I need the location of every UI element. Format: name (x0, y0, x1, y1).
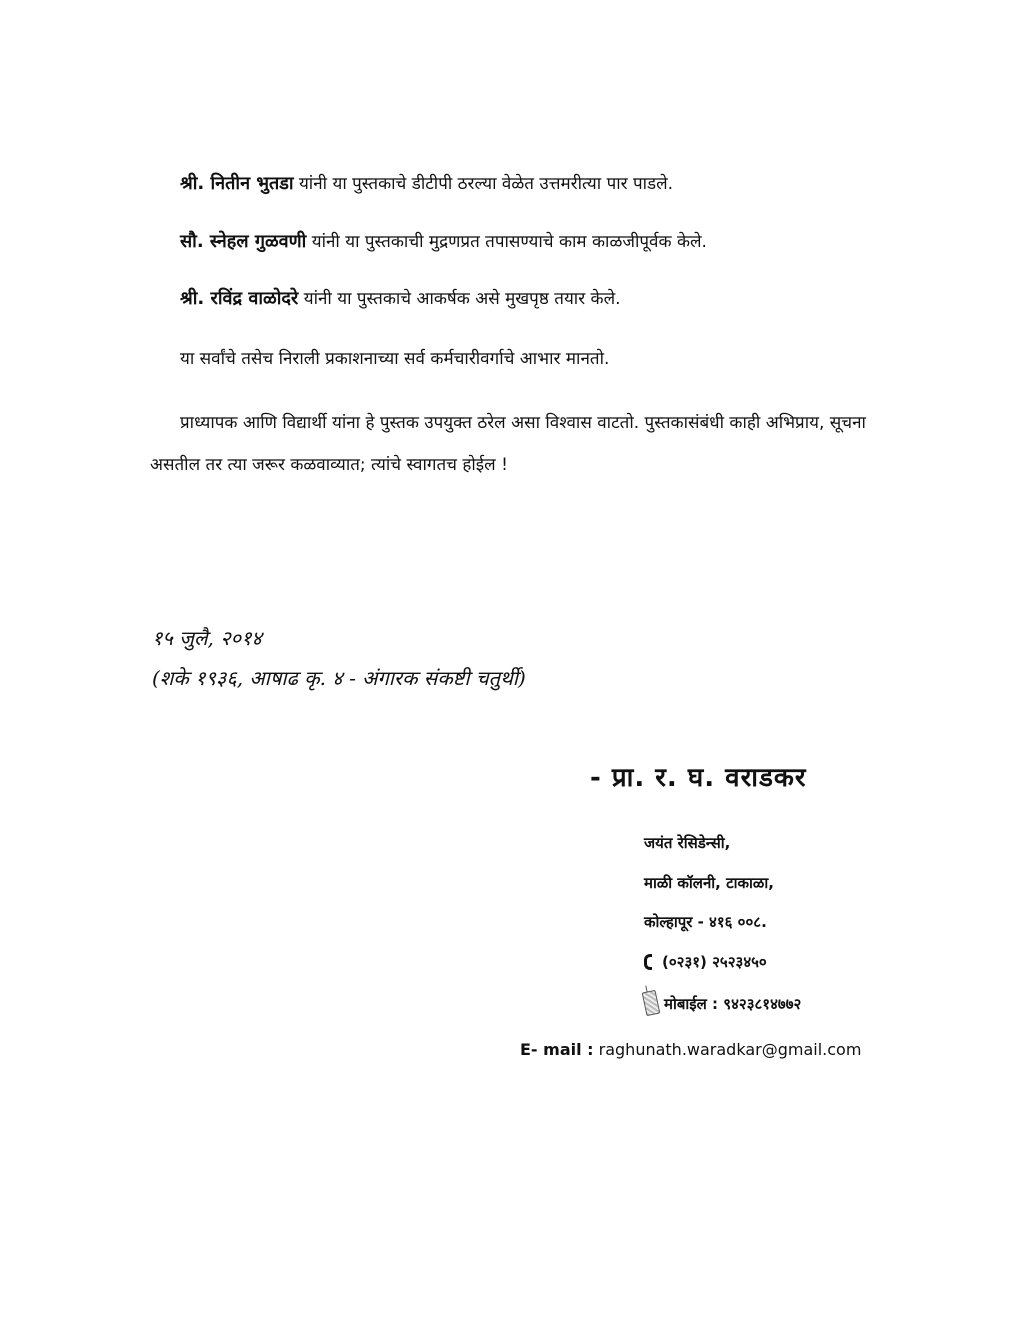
email-address[interactable]: raghunath.waradkar@gmail.com (599, 1040, 862, 1059)
address-line-1: जयंत रेसिडेन्सी, (644, 832, 730, 854)
calendar-date-line: (शके १९३६, आषाढ कृ. ४ - अंगारक संकष्टी च… (152, 664, 526, 692)
phone-number: (०२३१) २५२३४५० (662, 953, 767, 971)
mobile-number: ९४२३८१४७७२ (723, 995, 801, 1013)
telephone-icon (644, 954, 652, 970)
person-name: श्री. रविंद्र वाळोदरे (180, 288, 298, 309)
person-name: सौ. स्नेहल गुळवणी (180, 231, 306, 252)
acknowledgement-text: यांनी या पुस्तकाची मुद्रणप्रत तपासण्याचे… (306, 232, 707, 252)
mobile-line: मोबाईल : ९४२३८१४७७२ (644, 991, 801, 1015)
mobile-label: मोबाईल : (664, 995, 718, 1013)
phone-line: (०२३१) २५२३४५० (644, 951, 767, 973)
date-line: १५ जुलै, २०१४ (152, 624, 262, 652)
acknowledgement-dtp: श्री. नितीन भुतडा यांनी या पुस्तकाचे डीट… (180, 172, 673, 196)
acknowledgement-text: यांनी या पुस्तकाचे आकर्षक असे मुखपृष्ठ त… (298, 289, 620, 309)
thanks-line: या सर्वांचे तसेच निराली प्रकाशनाच्या सर्… (180, 347, 609, 371)
author-signature: - प्रा. र. घ. वराडकर (590, 758, 807, 794)
address-line-2: माळी कॉलनी, टाकाळा, (644, 872, 774, 894)
closing-paragraph: प्राध्यापक आणि विद्यार्थी यांना हे पुस्त… (150, 402, 880, 486)
person-name: श्री. नितीन भुतडा (180, 173, 294, 194)
email-label: E- mail : (520, 1040, 594, 1059)
mobile-phone-icon (642, 990, 661, 1016)
acknowledgement-text: यांनी या पुस्तकाचे डीटीपी ठरल्या वेळेत उ… (294, 174, 674, 194)
acknowledgement-cover: श्री. रविंद्र वाळोदरे यांनी या पुस्तकाचे… (180, 287, 621, 311)
address-line-3: कोल्हापूर - ४१६ ००८. (644, 911, 767, 933)
email-line: E- mail : raghunath.waradkar@gmail.com (520, 1040, 861, 1059)
acknowledgement-proofreading: सौ. स्नेहल गुळवणी यांनी या पुस्तकाची मुद… (180, 230, 707, 254)
